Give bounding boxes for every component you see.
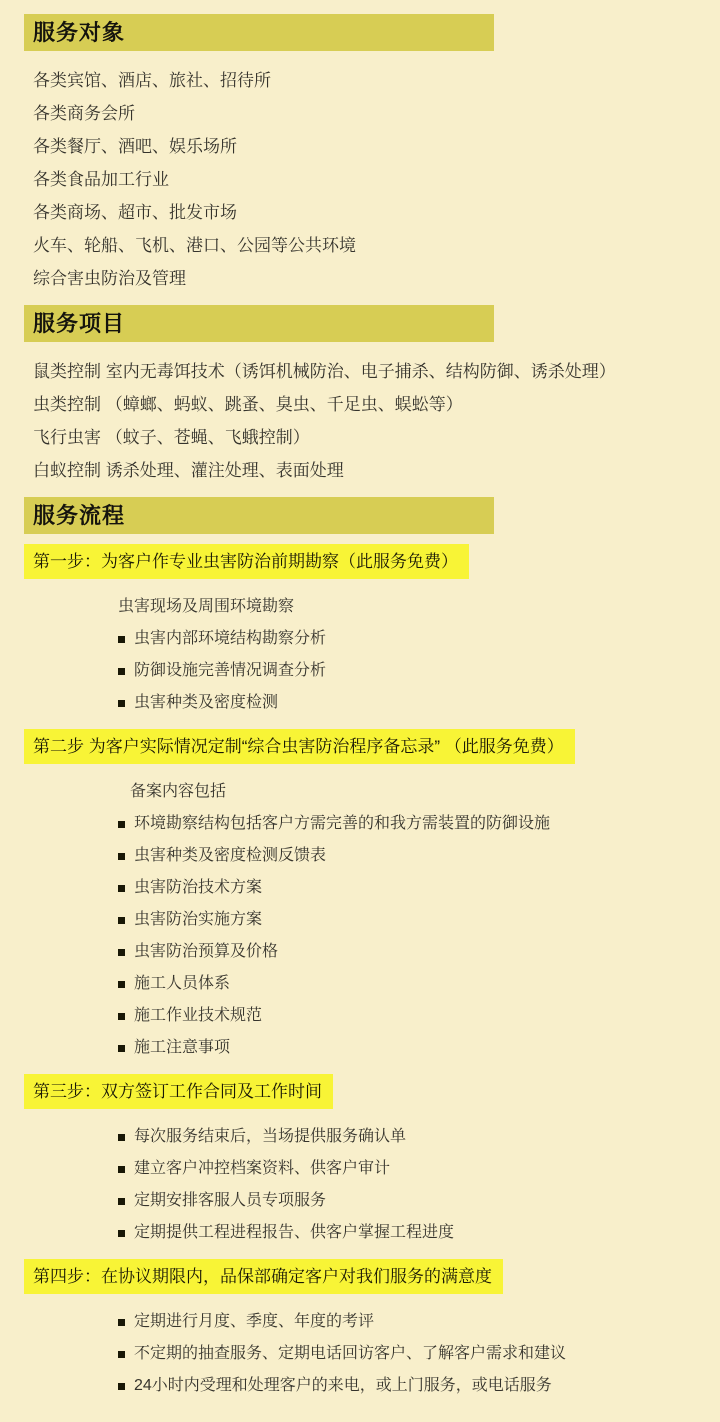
step-bullet: 定期提供工程进程报告、供客户掌握工程进度	[118, 1217, 696, 1249]
target-item: 各类商务会所	[24, 97, 696, 130]
target-item: 各类餐厅、酒吧、娱乐场所	[24, 130, 696, 163]
square-bullet-icon	[118, 1319, 125, 1326]
square-bullet-icon	[118, 636, 125, 643]
step-title-highlight: 第三步：双方签订工作合同及工作时间	[24, 1074, 333, 1109]
service-info-page: { "colors": { "page_bg": "#f8efcb", "sec…	[0, 0, 720, 1422]
step-bullet-text: 虫害防治技术方案	[134, 872, 262, 904]
step-bullet: 环境勘察结构包括客户方需完善的和我方需装置的防御设施	[118, 808, 696, 840]
step-bullet: 定期进行月度、季度、年度的考评	[118, 1306, 696, 1338]
step-bullet-text: 环境勘察结构包括客户方需完善的和我方需装置的防御设施	[134, 808, 550, 840]
step-bullet: 24小时内受理和处理客户的来电，或上门服务，或电话服务	[118, 1370, 696, 1402]
step-bullet: 虫害内部环境结构勘察分析	[118, 623, 696, 655]
step-title-highlight: 第二步 为客户实际情况定制“综合虫害防治程序备忘录” （此服务免费）	[24, 729, 575, 764]
target-item: 综合害虫防治及管理	[24, 262, 696, 295]
target-item: 各类宾馆、酒店、旅社、招待所	[24, 64, 696, 97]
target-item: 火车、轮船、飞机、港口、公园等公共环境	[24, 229, 696, 262]
service-item: 白蚁控制 诱杀处理、灌注处理、表面处理	[24, 454, 696, 487]
step-bullet: 不定期的抽查服务、定期电话回访客户、了解客户需求和建议	[118, 1338, 696, 1370]
step-bullet-text: 每次服务结束后，当场提供服务确认单	[134, 1121, 406, 1153]
step-bullet-text: 虫害防治实施方案	[134, 904, 262, 936]
step-bullet-text: 虫害防治预算及价格	[134, 936, 278, 968]
step-bullet-text: 施工作业技术规范	[134, 1000, 262, 1032]
step-bullet-text: 施工人员体系	[134, 968, 230, 1000]
step-bullet: 施工人员体系	[118, 968, 696, 1000]
step-bullet: 建立客户冲控档案资料、供客户审计	[118, 1153, 696, 1185]
step-bullet: 虫害种类及密度检测	[118, 687, 696, 719]
section-header-services: 服务项目	[24, 305, 494, 342]
square-bullet-icon	[118, 1013, 125, 1020]
step-title-highlight: 第一步：为客户作专业虫害防治前期勘察（此服务免费）	[24, 544, 469, 579]
section-header-process: 服务流程	[24, 497, 494, 534]
service-item: 鼠类控制 室内无毒饵技术（诱饵机械防治、电子捕杀、结构防御、诱杀处理）	[24, 355, 696, 388]
services-list: 鼠类控制 室内无毒饵技术（诱饵机械防治、电子捕杀、结构防御、诱杀处理） 虫类控制…	[24, 355, 696, 487]
document-body: 服务对象 各类宾馆、酒店、旅社、招待所 各类商务会所 各类餐厅、酒吧、娱乐场所 …	[0, 0, 720, 1422]
step-bullet-text: 定期安排客服人员专项服务	[134, 1185, 326, 1217]
step-intro: 虫害现场及周围环境勘察	[118, 591, 696, 623]
square-bullet-icon	[118, 1166, 125, 1173]
step-bullet-text: 定期提供工程进程报告、供客户掌握工程进度	[134, 1217, 454, 1249]
step-bullet: 定期安排客服人员专项服务	[118, 1185, 696, 1217]
step-bullet: 防御设施完善情况调查分析	[118, 655, 696, 687]
step-bullet: 虫害种类及密度检测反馈表	[118, 840, 696, 872]
step-body: 每次服务结束后，当场提供服务确认单 建立客户冲控档案资料、供客户审计 定期安排客…	[118, 1121, 696, 1249]
step-bullet-text: 定期进行月度、季度、年度的考评	[134, 1306, 374, 1338]
service-item: 虫类控制 （蟑螂、蚂蚁、跳蚤、臭虫、千足虫、蜈蚣等）	[24, 388, 696, 421]
square-bullet-icon	[118, 700, 125, 707]
target-item: 各类商场、超市、批发市场	[24, 196, 696, 229]
step-bullet-text: 虫害种类及密度检测	[134, 687, 278, 719]
process-step-4: 第四步：在协议期限内，品保部确定客户对我们服务的满意度 定期进行月度、季度、年度…	[24, 1259, 696, 1402]
step-bullet: 施工作业技术规范	[118, 1000, 696, 1032]
step-bullet-text: 防御设施完善情况调查分析	[134, 655, 326, 687]
step-intro: 备案内容包括	[118, 776, 696, 808]
square-bullet-icon	[118, 853, 125, 860]
step-bullet: 虫害防治技术方案	[118, 872, 696, 904]
process-step-1: 第一步：为客户作专业虫害防治前期勘察（此服务免费） 虫害现场及周围环境勘察 虫害…	[24, 544, 696, 719]
section-header-targets: 服务对象	[24, 14, 494, 51]
square-bullet-icon	[118, 1351, 125, 1358]
step-bullet: 施工注意事项	[118, 1032, 696, 1064]
square-bullet-icon	[118, 1383, 125, 1390]
square-bullet-icon	[118, 668, 125, 675]
square-bullet-icon	[118, 1230, 125, 1237]
step-bullet: 每次服务结束后，当场提供服务确认单	[118, 1121, 696, 1153]
square-bullet-icon	[118, 1045, 125, 1052]
step-bullet-text: 建立客户冲控档案资料、供客户审计	[134, 1153, 390, 1185]
step-body: 虫害现场及周围环境勘察 虫害内部环境结构勘察分析 防御设施完善情况调查分析 虫害…	[118, 591, 696, 719]
step-bullet-text: 24小时内受理和处理客户的来电，或上门服务，或电话服务	[134, 1370, 552, 1402]
square-bullet-icon	[118, 917, 125, 924]
step-bullet-text: 施工注意事项	[134, 1032, 230, 1064]
square-bullet-icon	[118, 1198, 125, 1205]
square-bullet-icon	[118, 1134, 125, 1141]
step-title-highlight: 第四步：在协议期限内，品保部确定客户对我们服务的满意度	[24, 1259, 503, 1294]
step-bullet: 虫害防治预算及价格	[118, 936, 696, 968]
step-bullet: 虫害防治实施方案	[118, 904, 696, 936]
service-item: 飞行虫害 （蚊子、苍蝇、飞蛾控制）	[24, 421, 696, 454]
square-bullet-icon	[118, 885, 125, 892]
process-step-3: 第三步：双方签订工作合同及工作时间 每次服务结束后，当场提供服务确认单 建立客户…	[24, 1074, 696, 1249]
square-bullet-icon	[118, 981, 125, 988]
step-bullet-text: 虫害内部环境结构勘察分析	[134, 623, 326, 655]
step-bullet-text: 不定期的抽查服务、定期电话回访客户、了解客户需求和建议	[134, 1338, 566, 1370]
step-body: 备案内容包括 环境勘察结构包括客户方需完善的和我方需装置的防御设施 虫害种类及密…	[118, 776, 696, 1064]
process-step-2: 第二步 为客户实际情况定制“综合虫害防治程序备忘录” （此服务免费） 备案内容包…	[24, 729, 696, 1064]
square-bullet-icon	[118, 821, 125, 828]
step-body: 定期进行月度、季度、年度的考评 不定期的抽查服务、定期电话回访客户、了解客户需求…	[118, 1306, 696, 1402]
targets-list: 各类宾馆、酒店、旅社、招待所 各类商务会所 各类餐厅、酒吧、娱乐场所 各类食品加…	[24, 64, 696, 295]
square-bullet-icon	[118, 949, 125, 956]
step-bullet-text: 虫害种类及密度检测反馈表	[134, 840, 326, 872]
target-item: 各类食品加工行业	[24, 163, 696, 196]
